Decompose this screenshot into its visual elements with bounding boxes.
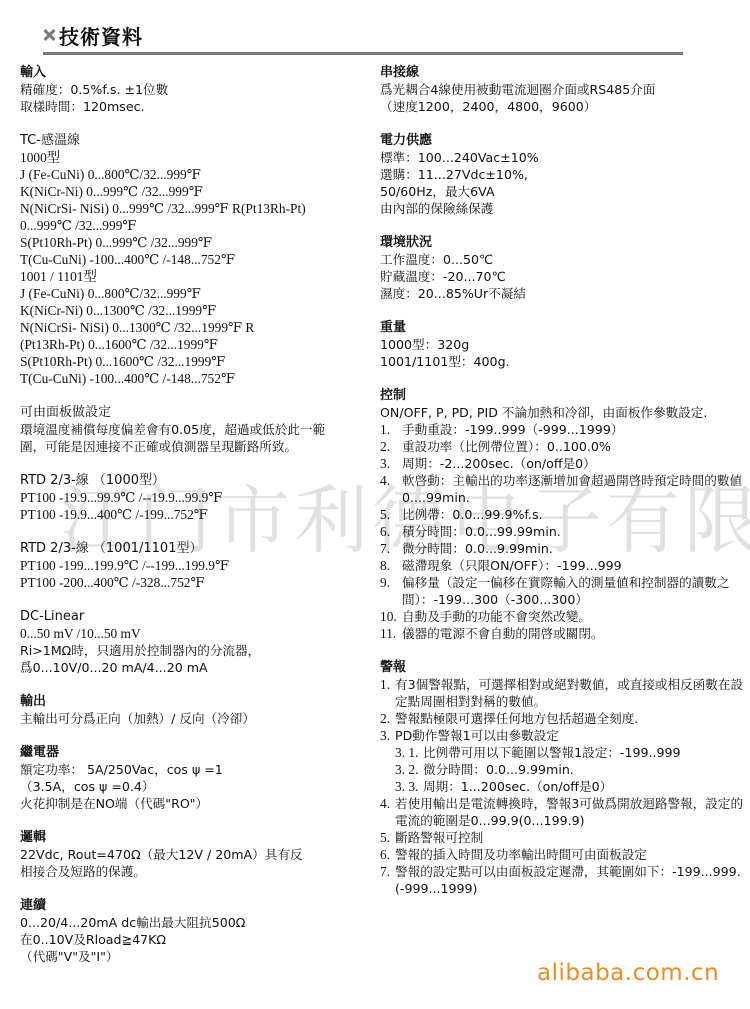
item-number: 2. <box>380 438 402 455</box>
list-item: 8.磁滯現象（只限ON/OFF）：-199...999 <box>380 557 748 574</box>
list-item: 4.軟啓動：主輸出的功率逐漸增加會超過開啓時預定時間的數値0....99min. <box>380 472 748 506</box>
item-text: 警報點極限可選擇任何地方包括超過全刻度. <box>395 710 748 727</box>
section-title: RTD 2/3-線 （1000型） <box>20 472 365 489</box>
header-divider <box>43 52 683 55</box>
list-item: 1.有3個警報點，可選擇相對或絕對數値，或直接或相反函數在設定點周圍相對對稱的數… <box>380 676 748 710</box>
item-number: 11. <box>380 625 402 642</box>
page-header: 技術資料 <box>43 20 683 55</box>
section-control: 控制 ON/OFF, P, PD, PID 不論加熱和冷卻，由面板作參數設定. … <box>380 387 748 642</box>
section-weight: 重量 1000型：320g 1001/1101型：400g. <box>380 319 748 370</box>
spec-paragraph: ON/OFF, P, PD, PID 不論加熱和冷卻，由面板作參數設定. <box>380 404 732 421</box>
item-text: 手動重設：-199..999（-999...1999） <box>402 421 748 438</box>
spec-line: 貯藏溫度：-20...70℃ <box>380 268 748 285</box>
item-number: 5. <box>380 506 402 523</box>
spec-line: Ri>1MΩ時，只適用於控制器內的分流器， <box>20 642 365 659</box>
spec-line: 0...20/4...20mA dc輸出最大阻抗500Ω <box>20 914 365 931</box>
section-logic: 邏輯 22Vdc, Rout=470Ω（最大12V / 20mA）具有反 相接合… <box>20 829 365 880</box>
spec-line: 1000型：320g <box>380 336 748 353</box>
item-text: 自動及手動的功能不會突然改變。 <box>402 608 748 625</box>
page-title: 技術資料 <box>59 21 143 50</box>
item-text: 若使用輸出是電流轉換時，警報3可做爲開放迴路警報，設定的電流的範圍是0...99… <box>395 795 748 829</box>
spec-line: 取樣時間：120msec. <box>20 98 365 115</box>
section-environment: 環境狀況 工作溫度：0...50℃ 貯藏溫度：-20...70℃ 濕度：20..… <box>380 234 748 302</box>
spec-line: 0...999℃ /32...999℉ <box>20 217 365 234</box>
section-rtd-1000: RTD 2/3-線 （1000型） PT100 -19.9...99.9℃ /-… <box>20 472 365 523</box>
spec-line: N(NiCrSi- NiSi) 0...999℃ /32...999℉ R(Pt… <box>20 200 365 217</box>
item-number: 1. <box>380 676 395 710</box>
spec-line: 22Vdc, Rout=470Ω（最大12V / 20mA）具有反 <box>20 846 365 863</box>
section-continuous: 連續 0...20/4...20mA dc輸出最大阻抗500Ω 在0..10V及… <box>20 897 365 965</box>
item-number: 6. <box>380 523 402 540</box>
item-number: 3. 2. <box>395 761 423 778</box>
section-title: DC-Linear <box>20 608 365 625</box>
spec-line: 爲0...10V/0...20 mA/4...20 mA <box>20 659 365 676</box>
item-text: 積分時間：0.0...99.99min. <box>402 523 748 540</box>
item-number: 9. <box>380 574 402 608</box>
list-item: 5.斷路警報可控制 <box>380 829 748 846</box>
spec-line: S(Pt10Rh-Pt) 0...1600℃ /32...1999℉ <box>20 353 365 370</box>
spec-line: 主輸出可分爲正向（加熱）/ 反向（冷卻） <box>20 710 365 727</box>
list-item: 2.重設功率（比例帶位置）：0..100.0% <box>380 438 748 455</box>
spec-line: （3.5A，cos ψ =0.4） <box>20 778 365 795</box>
item-number: 7. <box>380 863 395 897</box>
left-column: 輸入 精確度：0.5%f.s. ±1位數 取樣時間：120msec. TC-感溫… <box>20 64 365 982</box>
item-number: 8. <box>380 557 402 574</box>
section-title: 邏輯 <box>20 829 365 846</box>
alibaba-brand-watermark: alibaba.com.cn <box>537 960 719 986</box>
item-text: 有3個警報點，可選擇相對或絕對數値，或直接或相反函數在設定點周圍相對對稱的數値。 <box>395 676 748 710</box>
item-text: 微分時間：0.0...9.99min. <box>423 761 748 778</box>
spec-line: K(NiCr-Ni) 0...999℃ /32...999℉ <box>20 183 365 200</box>
item-number: 6. <box>380 846 395 863</box>
item-text: 重設功率（比例帶位置）：0..100.0% <box>402 438 748 455</box>
section-title: 控制 <box>380 387 748 404</box>
section-title: 輸出 <box>20 693 365 710</box>
section-title: 連續 <box>20 897 365 914</box>
spec-line: PT100 -200...400℃ /-328...752℉ <box>20 574 365 591</box>
item-text: 比例帶可用以下範圍以警報1設定：-199..999 <box>423 744 748 761</box>
item-number: 3. <box>380 455 402 472</box>
item-number: 10. <box>380 608 402 625</box>
section-title: 繼電器 <box>20 744 365 761</box>
section-title: 重量 <box>380 319 748 336</box>
sub-list-item: 3. 1.比例帶可用以下範圍以警報1設定：-199..999 <box>380 744 748 761</box>
section-relay: 繼電器 額定功率： 5A/250Vac，cos ψ =1 （3.5A，cos ψ… <box>20 744 365 812</box>
section-title: 串接線 <box>380 64 748 81</box>
section-serial: 串接線 爲光耦合4線使用被動電流迴圈介面或RS485介面 （速度1200，240… <box>380 64 748 115</box>
spec-line: N(NiCrSi- NiSi) 0...1300℃ /32...1999℉ R <box>20 319 365 336</box>
list-item: 2.警報點極限可選擇任何地方包括超過全刻度. <box>380 710 748 727</box>
spec-line: 由內部的保險絲保護 <box>380 200 748 217</box>
spec-line: 精確度：0.5%f.s. ±1位數 <box>20 81 365 98</box>
spec-line: 濕度：20...85%Ur不凝結 <box>380 285 748 302</box>
spec-line: （速度1200，2400，4800，9600） <box>380 98 748 115</box>
section-title: RTD 2/3-線 （1001/1101型） <box>20 540 365 557</box>
spec-line: 0...50 mV /10...50 mV <box>20 625 365 642</box>
list-item: 6.警報的插入時間及功率輸出時間可由面板設定 <box>380 846 748 863</box>
item-text: 偏移量（設定一偏移在實際輸入的測量値和控制器的讀數之間）：-199...300（… <box>402 574 748 608</box>
item-number: 7. <box>380 540 402 557</box>
section-title: 環境狀況 <box>380 234 748 251</box>
section-power: 電力供應 標準：100...240Vac±10% 選購：11...27Vdc±1… <box>380 132 748 217</box>
spec-line: (Pt13Rh-Pt) 0...1600℃ /32...1999℉ <box>20 336 365 353</box>
item-number: 3. 1. <box>395 744 423 761</box>
section-thermocouple: TC-感溫線 1000型 J (Fe-CuNi) 0...800℃/32...9… <box>20 132 365 387</box>
item-text: 警報的設定點可以由面板設定遲滯，其範圍如下：-199...999.(-999..… <box>395 863 748 897</box>
item-number: 5. <box>380 829 395 846</box>
list-item: 6.積分時間：0.0...99.99min. <box>380 523 748 540</box>
spec-line: J (Fe-CuNi) 0...800℃/32...999℉ <box>20 166 365 183</box>
section-alarm: 警報 1.有3個警報點，可選擇相對或絕對數値，或直接或相反函數在設定點周圍相對對… <box>380 659 748 897</box>
item-text: 斷路警報可控制 <box>395 829 748 846</box>
right-column: 串接線 爲光耦合4線使用被動電流迴圈介面或RS485介面 （速度1200，240… <box>380 64 748 914</box>
item-text: 周期：-2...200sec.（on/off是0） <box>402 455 748 472</box>
spec-line: 選購：11...27Vdc±10%, <box>380 166 748 183</box>
spec-line: 1001 / 1101型 <box>20 268 365 285</box>
x-mark-icon <box>43 29 55 41</box>
list-item: 11.儀器的電源不會自動的開啓或關閉。 <box>380 625 748 642</box>
spec-line: 標準：100...240Vac±10% <box>380 149 748 166</box>
item-text: PD動作警報1可以由參數設定 <box>395 727 748 744</box>
list-item: 9.偏移量（設定一偏移在實際輸入的測量値和控制器的讀數之間）：-199...30… <box>380 574 748 608</box>
spec-line: S(Pt10Rh-Pt) 0...999℃ /32...999℉ <box>20 234 365 251</box>
section-title: TC-感溫線 <box>20 132 365 149</box>
list-item: 7.微分時間：0.0...9.99min. <box>380 540 748 557</box>
spec-line: J (Fe-CuNi) 0...800℃/32...999℉ <box>20 285 365 302</box>
spec-line: 額定功率： 5A/250Vac，cos ψ =1 <box>20 761 365 778</box>
spec-line: T(Cu-CuNi) -100...400℃ /-148...752℉ <box>20 251 365 268</box>
spec-line: 火花抑制是在NO端（代碼"RO"） <box>20 795 365 812</box>
section-rtd-1001: RTD 2/3-線 （1001/1101型） PT100 -199...199.… <box>20 540 365 591</box>
item-number: 3. <box>380 727 395 744</box>
item-text: 比例帶：0.0...99.9%f.s. <box>402 506 748 523</box>
spec-line: 爲光耦合4線使用被動電流迴圈介面或RS485介面 <box>380 81 748 98</box>
spec-line: PT100 -19.9...99.9℃ /--19.9...99.9℉ <box>20 489 365 506</box>
section-output: 輸出 主輸出可分爲正向（加熱）/ 反向（冷卻） <box>20 693 365 727</box>
spec-line: T(Cu-CuNi) -100...400℃ /-148...752℉ <box>20 370 365 387</box>
list-item: 5.比例帶：0.0...99.9%f.s. <box>380 506 748 523</box>
spec-line: 1001/1101型：400g. <box>380 353 748 370</box>
item-number: 4. <box>380 795 395 829</box>
list-item: 3.周期：-2...200sec.（on/off是0） <box>380 455 748 472</box>
list-item: 3.PD動作警報1可以由參數設定 <box>380 727 748 744</box>
section-panel-settings: 可由面板做設定 環境溫度補償每度偏差會有0.05度，超過或低於此一範圍，可能是因… <box>20 404 365 455</box>
section-dc-linear: DC-Linear 0...50 mV /10...50 mV Ri>1MΩ時，… <box>20 608 365 676</box>
spec-line: 50/60Hz，最大6VA <box>380 183 748 200</box>
section-title: 輸入 <box>20 64 365 81</box>
list-item: 1.手動重設：-199..999（-999...1999） <box>380 421 748 438</box>
item-text: 微分時間：0.0...9.99min. <box>402 540 748 557</box>
item-text: 警報的插入時間及功率輸出時間可由面板設定 <box>395 846 748 863</box>
spec-line: （代碼"V"及"I"） <box>20 948 365 965</box>
spec-line: PT100 -19.9...400℃ /-199...752℉ <box>20 506 365 523</box>
item-text: 軟啓動：主輸出的功率逐漸增加會超過開啓時預定時間的數値0....99min. <box>402 472 748 506</box>
item-number: 3. 3. <box>395 778 423 795</box>
spec-line: K(NiCr-Ni) 0...1300℃ /32...1999℉ <box>20 302 365 319</box>
list-item: 10.自動及手動的功能不會突然改變。 <box>380 608 748 625</box>
item-number: 1. <box>380 421 402 438</box>
list-item: 4.若使用輸出是電流轉換時，警報3可做爲開放迴路警報，設定的電流的範圍是0...… <box>380 795 748 829</box>
spec-line: 相接合及短路的保護。 <box>20 863 365 880</box>
sub-list-item: 3. 2.微分時間：0.0...9.99min. <box>380 761 748 778</box>
spec-paragraph: 環境溫度補償每度偏差會有0.05度，超過或低於此一範圍，可能是因連接不正確或偵測… <box>20 421 338 455</box>
section-title: 電力供應 <box>380 132 748 149</box>
item-number: 4. <box>380 472 402 506</box>
spec-line: PT100 -199...199.9℃ /--199...199.9℉ <box>20 557 365 574</box>
spec-line: 1000型 <box>20 149 365 166</box>
item-text: 儀器的電源不會自動的開啓或關閉。 <box>402 625 748 642</box>
item-number: 2. <box>380 710 395 727</box>
list-item: 7.警報的設定點可以由面板設定遲滯，其範圍如下：-199...999.(-999… <box>380 863 748 897</box>
section-title: 警報 <box>380 659 748 676</box>
section-title: 可由面板做設定 <box>20 404 365 421</box>
section-input: 輸入 精確度：0.5%f.s. ±1位數 取樣時間：120msec. <box>20 64 365 115</box>
item-text: 周期：1...200sec.（on/off是0） <box>423 778 748 795</box>
item-text: 磁滯現象（只限ON/OFF）：-199...999 <box>402 557 748 574</box>
spec-line: 在0..10V及Rload≧47KΩ <box>20 931 365 948</box>
spec-line: 工作溫度：0...50℃ <box>380 251 748 268</box>
sub-list-item: 3. 3.周期：1...200sec.（on/off是0） <box>380 778 748 795</box>
